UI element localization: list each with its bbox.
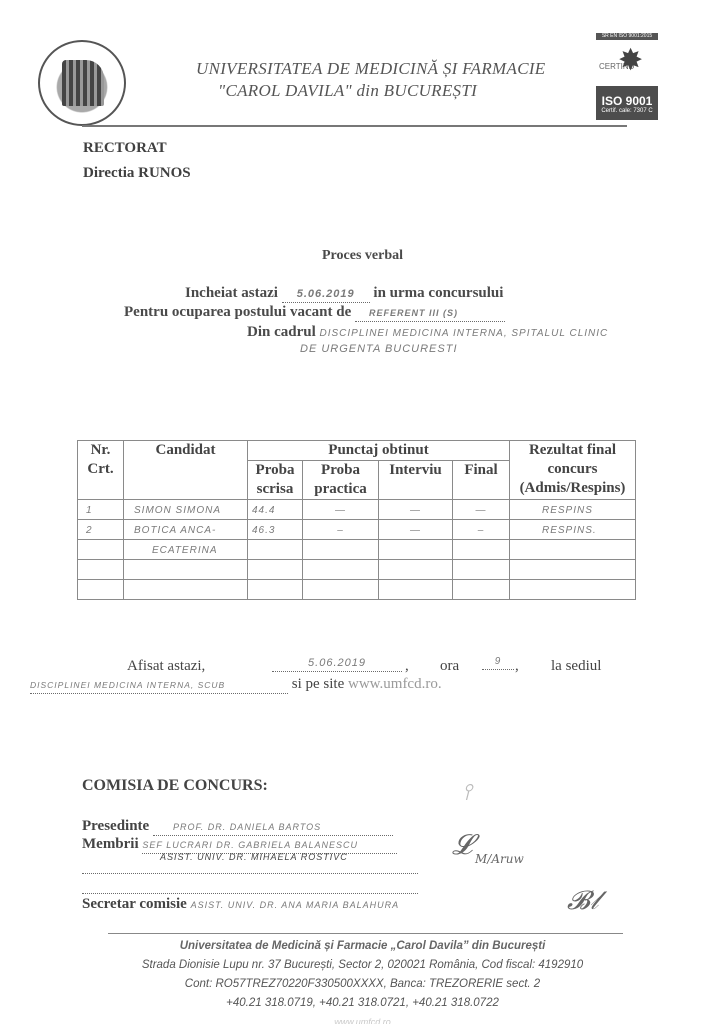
cert-standard-text: SR EN ISO 9001:2015 [596, 33, 658, 40]
row-interviu [379, 560, 453, 580]
row-rezultat-value: Respins. [542, 525, 597, 536]
incheiat-suffix: in urma concursului [373, 285, 503, 301]
row-candidat: Ecaterina [124, 540, 248, 560]
row-proba-scrisa-value: 46.3 [252, 525, 275, 536]
row-proba-practica-value: – [337, 525, 344, 536]
presedinte-row: Presedinte Prof. Dr. Daniela Bartos [82, 818, 393, 836]
row-proba-practica-value: — [335, 505, 346, 516]
university-name-line2: "CAROL DAVILA" din BUCUREȘTI [196, 80, 576, 102]
row-candidat-value: Botica Anca- [134, 525, 216, 536]
row-interviu: — [379, 520, 453, 540]
signature-presedinte-icon: 𝓛 [452, 828, 472, 862]
table-row [78, 560, 636, 580]
site-link[interactable]: www.umfcd.ro. [348, 676, 442, 692]
col-proba-scrisa-header: Proba scrisa [248, 461, 303, 500]
rectorat-heading: RECTORAT [83, 140, 167, 157]
row-final: – [453, 520, 510, 540]
building-icon [62, 60, 104, 106]
row-interviu-value: — [410, 505, 421, 516]
row-candidat [124, 580, 248, 600]
row-proba-practica [303, 560, 379, 580]
pentru-line: Pentru ocuparea postului vacant de Refer… [124, 304, 505, 322]
footer-divider [108, 933, 623, 934]
row-candidat-value: Ecaterina [152, 545, 218, 556]
university-seal-logo [38, 40, 126, 126]
row-nr [78, 580, 124, 600]
row-final [453, 580, 510, 600]
row-interviu [379, 580, 453, 600]
membrii-label: Membrii [82, 836, 139, 852]
row-proba-scrisa: 44.4 [248, 500, 303, 520]
afisat-date: 5.06.2019 [308, 657, 366, 669]
footer-website: www.umfcd.ro [90, 1013, 635, 1024]
row-nr-value: 2 [86, 525, 93, 536]
din-value-line1: Disciplinei Medicina Interna, Spitalul C… [320, 328, 609, 339]
header-divider [82, 125, 627, 127]
col-rezultat-header: Rezultat final concurs (Admis/Respins) [510, 441, 636, 500]
footer-university: Universitatea de Medicină și Farmacie „C… [90, 937, 635, 956]
incheiat-label: Incheiat astazi [185, 285, 278, 301]
document-title: Proces verbal [0, 248, 725, 264]
col-punctaj-header: Punctaj obtinut [248, 441, 510, 461]
cert-number: Certif. cale: 7307 C [596, 107, 658, 115]
signature-mark-icon: ⫯ [462, 780, 472, 805]
row-proba-scrisa: 46.3 [248, 520, 303, 540]
row-proba-practica [303, 540, 379, 560]
din-label: Din cadrul [247, 324, 316, 340]
footer-account: Cont: RO57TREZ70220F330500XXXX, Banca: T… [90, 975, 635, 994]
row-proba-scrisa [248, 560, 303, 580]
row-nr: 1 [78, 500, 124, 520]
row-final [453, 540, 510, 560]
footer: Universitatea de Medicină și Farmacie „C… [90, 937, 635, 1024]
row-interviu-value: — [410, 525, 421, 536]
table-row: 1Simon Simona44.4———Respins [78, 500, 636, 520]
presedinte-label: Presedinte [82, 818, 149, 834]
row-nr: 2 [78, 520, 124, 540]
row-rezultat: Respins [510, 500, 636, 520]
results-table: Nr. Crt. Candidat Punctaj obtinut Rezult… [77, 440, 636, 600]
university-name-line1: UNIVERSITATEA DE MEDICINĂ ȘI FARMACIE [196, 58, 576, 80]
col-final-header: Final [453, 461, 510, 500]
row-proba-scrisa-value: 44.4 [252, 505, 275, 516]
certification-badge: SR EN ISO 9001:2015 CERTIND ✸ ISO 9001 C… [596, 33, 658, 123]
row-final: — [453, 500, 510, 520]
secretar-row: Secretar comisie Asist. Univ. Dr. Ana Ma… [82, 896, 399, 913]
row-candidat-value: Simon Simona [134, 505, 221, 516]
row-candidat: Botica Anca- [124, 520, 248, 540]
iso-label: ISO 9001 [596, 86, 658, 107]
ora-label: ora [440, 658, 459, 675]
row-proba-scrisa [248, 580, 303, 600]
afisat-line2: Disciplinei Medicina Interna, SCUB si pe… [30, 676, 442, 694]
col-proba-practica-header: Proba practica [303, 461, 379, 500]
row-proba-practica: — [303, 500, 379, 520]
secretar-name: Asist. Univ. Dr. Ana Maria Balahura [191, 900, 400, 910]
row-nr [78, 540, 124, 560]
pentru-label: Pentru ocuparea postului vacant de [124, 304, 351, 320]
row-nr [78, 560, 124, 580]
table-row: 2Botica Anca-46.3–—–Respins. [78, 520, 636, 540]
row-rezultat [510, 560, 636, 580]
row-nr-value: 1 [86, 505, 93, 516]
directia-heading: Directia RUNOS [83, 165, 191, 182]
table-row [78, 580, 636, 600]
row-proba-practica [303, 580, 379, 600]
signature-secretar-icon: 𝓑𝓁 [567, 886, 599, 917]
secretar-label: Secretar comisie [82, 896, 187, 912]
signature-membru-icon: M/Aruw [475, 852, 524, 866]
row-final-value: – [478, 525, 485, 536]
row-final [453, 560, 510, 580]
incheiat-line: Incheiat astazi 5.06.2019 in urma concur… [185, 285, 503, 303]
commission-heading: COMISIA DE CONCURS: [82, 777, 268, 795]
footer-address: Strada Dionisie Lupu nr. 37 București, S… [90, 956, 635, 975]
row-rezultat: Respins. [510, 520, 636, 540]
sediu-value: Disciplinei Medicina Interna, SCUB [30, 680, 225, 690]
col-nr-header: Nr. Crt. [78, 441, 124, 500]
presedinte-name: Prof. Dr. Daniela Bartos [153, 822, 321, 832]
row-rezultat-value: Respins [542, 505, 593, 516]
certind-star-icon: ✸ [618, 46, 643, 76]
row-interviu [379, 540, 453, 560]
post-value: Referent III (S) [355, 308, 458, 318]
row-candidat: Simon Simona [124, 500, 248, 520]
incheiat-date: 5.06.2019 [297, 288, 355, 300]
col-candidat-header: Candidat [124, 441, 248, 500]
row-candidat [124, 560, 248, 580]
din-cadrul-line: Din cadrul Disciplinei Medicina Interna,… [247, 324, 608, 341]
site-label: si pe site [292, 676, 345, 692]
row-rezultat [510, 540, 636, 560]
table-row: Ecaterina [78, 540, 636, 560]
ora-value: 9 [495, 656, 502, 667]
row-proba-practica: – [303, 520, 379, 540]
member-blank-line [82, 862, 418, 879]
row-interviu: — [379, 500, 453, 520]
col-interviu-header: Interviu [379, 461, 453, 500]
la-sediul-label: la sediul [551, 658, 601, 675]
afisat-label: Afisat astazi, [127, 658, 205, 675]
row-rezultat [510, 580, 636, 600]
din-value-line2: de Urgenta Bucuresti [300, 343, 458, 355]
footer-phones: +40.21 318.0719, +40.21 318.0721, +40.21… [90, 994, 635, 1013]
row-proba-scrisa [248, 540, 303, 560]
row-final-value: — [476, 505, 487, 516]
membru1-name: Sef Lucrari Dr. Gabriela Balanescu [142, 840, 358, 850]
membru2-name: Asist. Univ. Dr. Mihaela Rostivc [160, 852, 348, 862]
university-name: UNIVERSITATEA DE MEDICINĂ ȘI FARMACIE "C… [196, 58, 576, 102]
